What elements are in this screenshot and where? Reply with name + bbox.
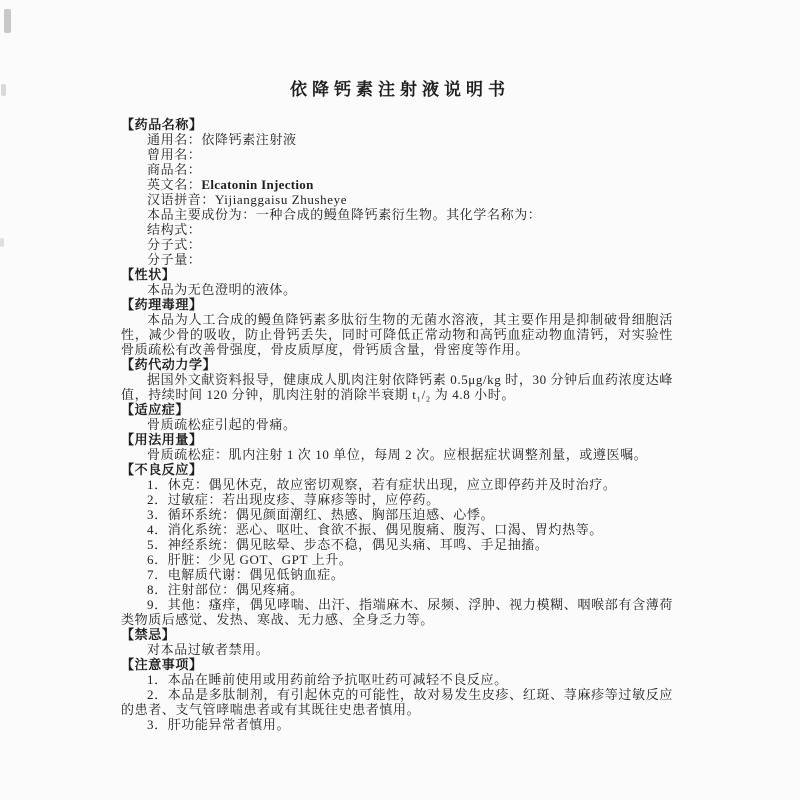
heading-precautions: 【注意事项】 xyxy=(121,657,673,672)
adverse-item-4: 4．消化系统：恶心、呕吐、食欲不振、偶见腹痛、腹泻、口渴、胃灼热等。 xyxy=(121,522,673,537)
heading-pharmacology: 【药理毒理】 xyxy=(121,297,673,312)
adverse-item-2: 2．过敏症：若出现皮疹、荨麻疹等时，应停药。 xyxy=(121,492,673,507)
doc-content: 【药品名称】 通用名：依降钙素注射液 曾用名： 商品名： 英文名：Elcaton… xyxy=(121,117,673,732)
line-molecular-formula: 分子式： xyxy=(121,237,673,252)
scan-artifact xyxy=(1,84,6,96)
line-english-name: 英文名：Elcatonin Injection xyxy=(121,177,673,192)
scan-artifact xyxy=(4,9,11,33)
adverse-item-1: 1．休克：偶见休克，故应密切观察，若有症状出现，应立即停药并及时治疗。 xyxy=(121,477,673,492)
doc-title: 依降钙素注射液说明书 xyxy=(122,79,678,101)
adverse-item-6: 6．肝脏：少见 GOT、GPT 上升。 xyxy=(121,552,673,567)
line-molecular-weight: 分子量： xyxy=(121,252,673,267)
heading-adverse-reactions: 【不良反应】 xyxy=(121,462,673,477)
line-indications: 骨质疏松症引起的骨痛。 xyxy=(121,417,673,432)
heading-description: 【性状】 xyxy=(121,267,673,282)
scan-artifact xyxy=(0,238,4,247)
adverse-item-5: 5．神经系统：偶见眩晕、步态不稳，偶见头痛、耳鸣、手足抽搐。 xyxy=(121,537,673,552)
document-page: 依降钙素注射液说明书 【药品名称】 通用名：依降钙素注射液 曾用名： 商品名： … xyxy=(0,0,800,800)
para-pharmacology: 本品为人工合成的鳗鱼降钙素多肽衍生物的无菌水溶液，其主要作用是抑制破骨细胞活性，… xyxy=(121,312,673,357)
heading-drug-name: 【药品名称】 xyxy=(121,117,673,132)
line-generic-name: 通用名：依降钙素注射液 xyxy=(121,132,673,147)
heading-indications: 【适应症】 xyxy=(121,402,673,417)
line-description: 本品为无色澄明的液体。 xyxy=(121,282,673,297)
precaution-item-1: 1．本品在睡前使用或用药前给予抗呕吐药可减轻不良反应。 xyxy=(121,672,673,687)
adverse-item-8: 8．注射部位：偶见疼痛。 xyxy=(121,582,673,597)
heading-dosage: 【用法用量】 xyxy=(121,432,673,447)
line-former-name: 曾用名： xyxy=(121,147,673,162)
line-dosage: 骨质疏松症：肌内注射 1 次 10 单位，每周 2 次。应根据症状调整剂量，或遵… xyxy=(121,447,673,462)
heading-contraindications: 【禁忌】 xyxy=(121,627,673,642)
line-composition: 本品主要成份为：一种合成的鳗鱼降钙素衍生物。其化学名称为： xyxy=(121,207,673,222)
adverse-item-3: 3．循环系统：偶见颜面潮红、热感、胸部压迫感、心悸。 xyxy=(121,507,673,522)
english-name-value: Elcatonin Injection xyxy=(201,177,313,192)
line-contraindications: 对本品过敏者禁用。 xyxy=(121,642,673,657)
line-structural-formula: 结构式： xyxy=(121,222,673,237)
english-name-label: 英文名： xyxy=(147,177,201,192)
precaution-item-2: 2．本品是多肽制剂，有引起休克的可能性，故对易发生皮疹、红斑、荨麻疹等过敏反应的… xyxy=(121,687,673,717)
line-trade-name: 商品名： xyxy=(121,162,673,177)
heading-pharmacokinetics: 【药代动力学】 xyxy=(121,357,673,372)
para-pharmacokinetics: 据国外文献资料报导，健康成人肌肉注射依降钙素 0.5μg/kg 时，30 分钟后… xyxy=(121,372,673,402)
adverse-item-9: 9．其他：瘙痒，偶见哮喘、出汗、指端麻木、尿频、浮肿、视力模糊、咽喉部有含薄荷类… xyxy=(121,597,673,627)
line-pinyin: 汉语拼音：Yijianggaisu Zhusheye xyxy=(121,192,673,207)
precaution-item-3: 3．肝功能异常者慎用。 xyxy=(121,717,673,732)
adverse-item-7: 7．电解质代谢：偶见低钠血症。 xyxy=(121,567,673,582)
